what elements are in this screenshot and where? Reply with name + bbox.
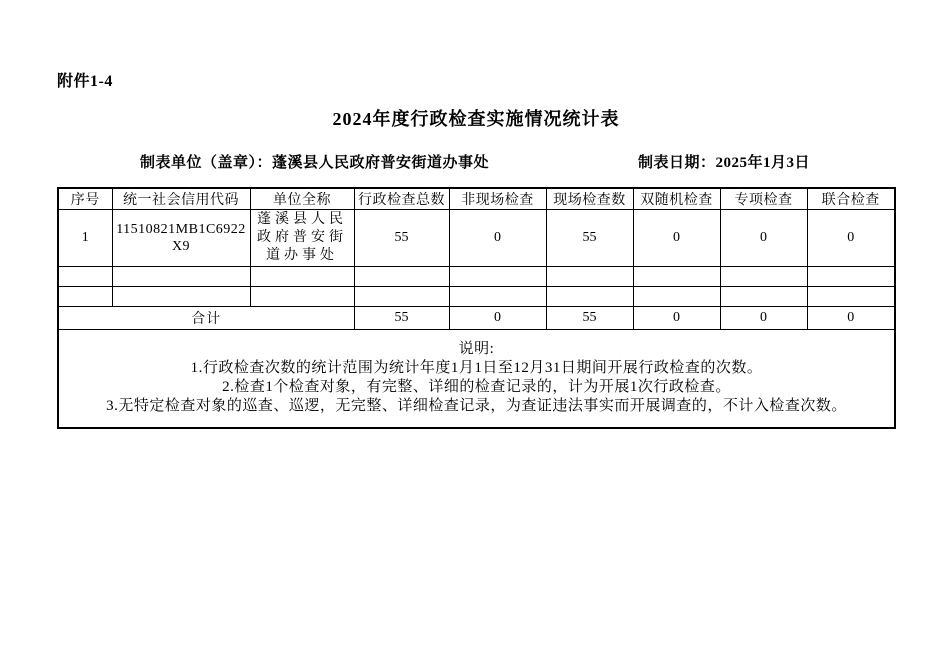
cell-empty: [720, 287, 807, 307]
cell-empty: [449, 267, 546, 287]
table-total-row: 合计 55 0 55 0 0 0: [58, 307, 895, 330]
attachment-label: 附件1-4: [57, 68, 113, 91]
cell-empty: [633, 287, 720, 307]
cell-total-inspections: 55: [354, 210, 449, 267]
column-header-joint: 联合检查: [807, 188, 895, 210]
total-onsite: 55: [546, 307, 633, 330]
prepared-date: 制表日期：2025年1月3日: [638, 151, 810, 172]
notes-item-3: 3.无特定检查对象的巡查、巡逻，无完整、详细检查记录，为查证违法事实而开展调查的…: [61, 397, 892, 416]
total-joint: 0: [807, 307, 895, 330]
column-header-special: 专项检查: [720, 188, 807, 210]
cell-seq: 1: [58, 210, 112, 267]
prepared-by-unit: 制表单位（盖章）：蓬溪县人民政府普安街道办事处: [140, 151, 489, 172]
statistics-table: 序号 统一社会信用代码 单位全称 行政检查总数 非现场检查 现场检查数 双随机检…: [57, 187, 896, 429]
cell-empty: [354, 287, 449, 307]
cell-empty: [250, 287, 354, 307]
cell-special: 0: [720, 210, 807, 267]
cell-empty: [807, 267, 895, 287]
total-inspections: 55: [354, 307, 449, 330]
total-special: 0: [720, 307, 807, 330]
column-header-unit-name: 单位全称: [250, 188, 354, 210]
cell-empty: [112, 287, 250, 307]
total-label: 合计: [58, 307, 354, 330]
cell-empty: [250, 267, 354, 287]
table-row-empty: [58, 267, 895, 287]
table-info-line: 制表单位（盖章）：蓬溪县人民政府普安街道办事处 制表日期：2025年1月3日: [0, 151, 952, 173]
cell-double-random: 0: [633, 210, 720, 267]
table-row: 1 11510821MB1C6922X9 蓬溪县人民政府普安街道办事处 55 0…: [58, 210, 895, 267]
cell-empty: [633, 267, 720, 287]
cell-empty: [58, 287, 112, 307]
cell-empty: [546, 267, 633, 287]
page-title: 2024年度行政检查实施情况统计表: [0, 105, 952, 131]
notes-item-1: 1.行政检查次数的统计范围为统计年度1月1日至12月31日期间开展行政检查的次数…: [61, 359, 892, 378]
cell-onsite: 55: [546, 210, 633, 267]
table-notes-row: 说明: 1.行政检查次数的统计范围为统计年度1月1日至12月31日期间开展行政检…: [58, 330, 895, 428]
cell-empty: [112, 267, 250, 287]
notes-cell: 说明: 1.行政检查次数的统计范围为统计年度1月1日至12月31日期间开展行政检…: [58, 330, 895, 428]
column-header-total-inspections: 行政检查总数: [354, 188, 449, 210]
cell-empty: [546, 287, 633, 307]
column-header-double-random: 双随机检查: [633, 188, 720, 210]
cell-unit-name: 蓬溪县人民政府普安街道办事处: [250, 210, 354, 267]
document-page: 附件1-4 2024年度行政检查实施情况统计表 制表单位（盖章）：蓬溪县人民政府…: [0, 0, 952, 664]
cell-empty: [449, 287, 546, 307]
cell-empty: [720, 267, 807, 287]
cell-joint: 0: [807, 210, 895, 267]
cell-empty: [354, 267, 449, 287]
column-header-seq: 序号: [58, 188, 112, 210]
table-row-empty: [58, 287, 895, 307]
notes-title: 说明:: [61, 340, 892, 359]
cell-empty: [58, 267, 112, 287]
table-header-row: 序号 统一社会信用代码 单位全称 行政检查总数 非现场检查 现场检查数 双随机检…: [58, 188, 895, 210]
notes-item-2: 2.检查1个检查对象，有完整、详细的检查记录的，计为开展1次行政检查。: [61, 378, 892, 397]
column-header-credit-code: 统一社会信用代码: [112, 188, 250, 210]
column-header-onsite: 现场检查数: [546, 188, 633, 210]
cell-credit-code: 11510821MB1C6922X9: [112, 210, 250, 267]
total-offsite: 0: [449, 307, 546, 330]
total-double-random: 0: [633, 307, 720, 330]
cell-offsite: 0: [449, 210, 546, 267]
cell-empty: [807, 287, 895, 307]
column-header-offsite: 非现场检查: [449, 188, 546, 210]
